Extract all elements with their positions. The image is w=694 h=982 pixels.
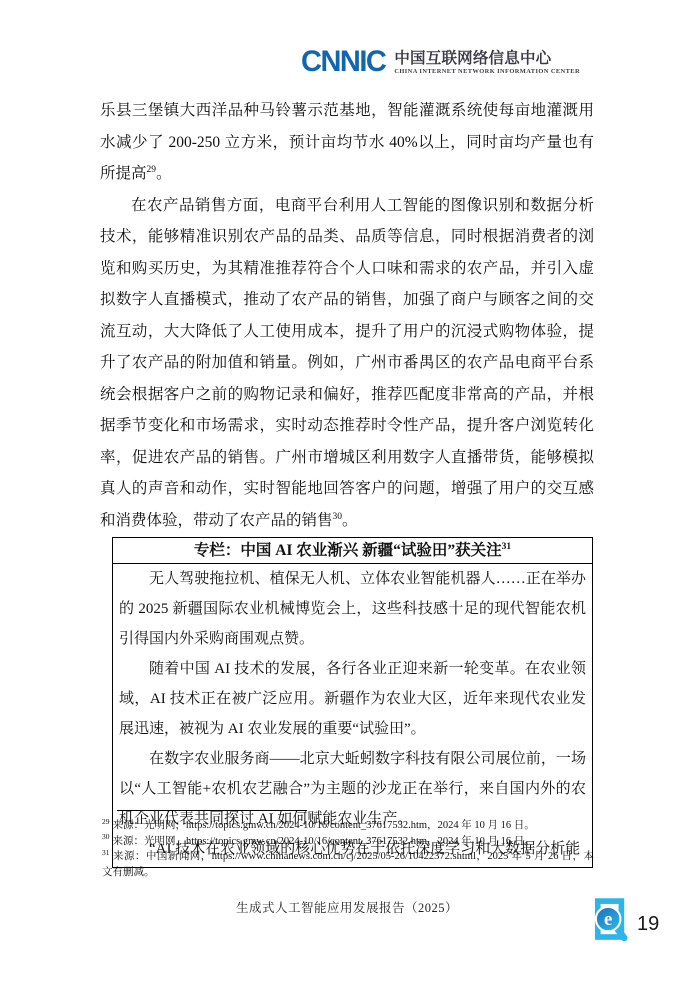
body-paragraph-1-text: 乐县三堡镇大西洋品种马铃薯示范基地，智能灌溉系统使每亩地灌溉用水减少了 200-…	[100, 102, 594, 182]
cnnic-logo-wordmark: CNNIC	[301, 48, 385, 78]
footnote-30-text: 来源：光明网，https://topics.gmw.cn/2024-10/16/…	[113, 836, 535, 847]
cnnic-header: CNNIC 中国互联网络信息中心 CHINA INTERNET NETWORK …	[301, 48, 580, 77]
footnote-31-number: 31	[102, 848, 110, 857]
footnote-separator	[117, 810, 307, 811]
cnnic-org-names: 中国互联网络信息中心 CHINA INTERNET NETWORK INFORM…	[394, 50, 580, 76]
org-name-zh: 中国互联网络信息中心	[394, 50, 580, 68]
footnote-31: 31来源：中国新闻网，https://www.chinanews.com.cn/…	[102, 849, 594, 880]
svg-text:e: e	[604, 909, 612, 930]
footnote-29: 29来源：光明网，https://topics.gmw.cn/2024-10/1…	[102, 818, 594, 834]
footnote-30-number: 30	[102, 832, 110, 841]
body-paragraph-2-text: 在农产品销售方面，电商平台利用人工智能的图像识别和数据分析技术，能够精准识别农产…	[100, 197, 594, 529]
org-name-en: CHINA INTERNET NETWORK INFORMATION CENTE…	[394, 68, 580, 76]
page-number: 19	[637, 911, 659, 937]
body-paragraph-2-tail: 。	[342, 512, 358, 529]
body-paragraph-1-tail: 。	[156, 165, 172, 182]
report-title: 生成式人工智能应用发展报告（2025）	[0, 898, 694, 916]
document-page: CNNIC 中国互联网络信息中心 CHINA INTERNET NETWORK …	[0, 0, 694, 982]
footnotes-list: 29来源：光明网，https://topics.gmw.cn/2024-10/1…	[100, 818, 594, 880]
column-box-title-text: 专栏：中国 AI 农业渐兴 新疆“试验田”获关注	[194, 542, 502, 559]
footnote-area: 29来源：光明网，https://topics.gmw.cn/2024-10/1…	[100, 810, 594, 880]
body-paragraph-2: 在农产品销售方面，电商平台利用人工智能的图像识别和数据分析技术，能够精准识别农产…	[100, 190, 594, 537]
footnote-ref-30: 30	[333, 511, 343, 521]
footnote-31-text: 来源：中国新闻网，https://www.chinanews.com.cn/cj…	[102, 851, 594, 878]
column-box-title: 专栏：中国 AI 农业渐兴 新疆“试验田”获关注31	[113, 538, 592, 564]
box-paragraph-2: 随着中国 AI 技术的发展，各行各业正迎来新一轮变革。在农业领域，AI 技术正在…	[119, 654, 586, 744]
footnote-29-number: 29	[102, 817, 110, 826]
footnote-30: 30来源：光明网，https://topics.gmw.cn/2024-10/1…	[102, 834, 594, 850]
body-paragraph-1: 乐县三堡镇大西洋品种马铃薯示范基地，智能灌溉系统使每亩地灌溉用水减少了 200-…	[100, 95, 594, 190]
footnote-ref-29: 29	[147, 165, 157, 175]
footnote-ref-31: 31	[502, 542, 512, 552]
cnnic-e-magnifier-icon: e	[594, 896, 628, 944]
page-body: 乐县三堡镇大西洋品种马铃薯示范基地，智能灌溉系统使每亩地灌溉用水减少了 200-…	[100, 95, 594, 868]
box-paragraph-1: 无人驾驶拖拉机、植保无人机、立体农业智能机器人……正在举办的 2025 新疆国际…	[119, 564, 586, 654]
footnote-29-text: 来源：光明网，https://topics.gmw.cn/2024-10/16/…	[113, 820, 535, 831]
